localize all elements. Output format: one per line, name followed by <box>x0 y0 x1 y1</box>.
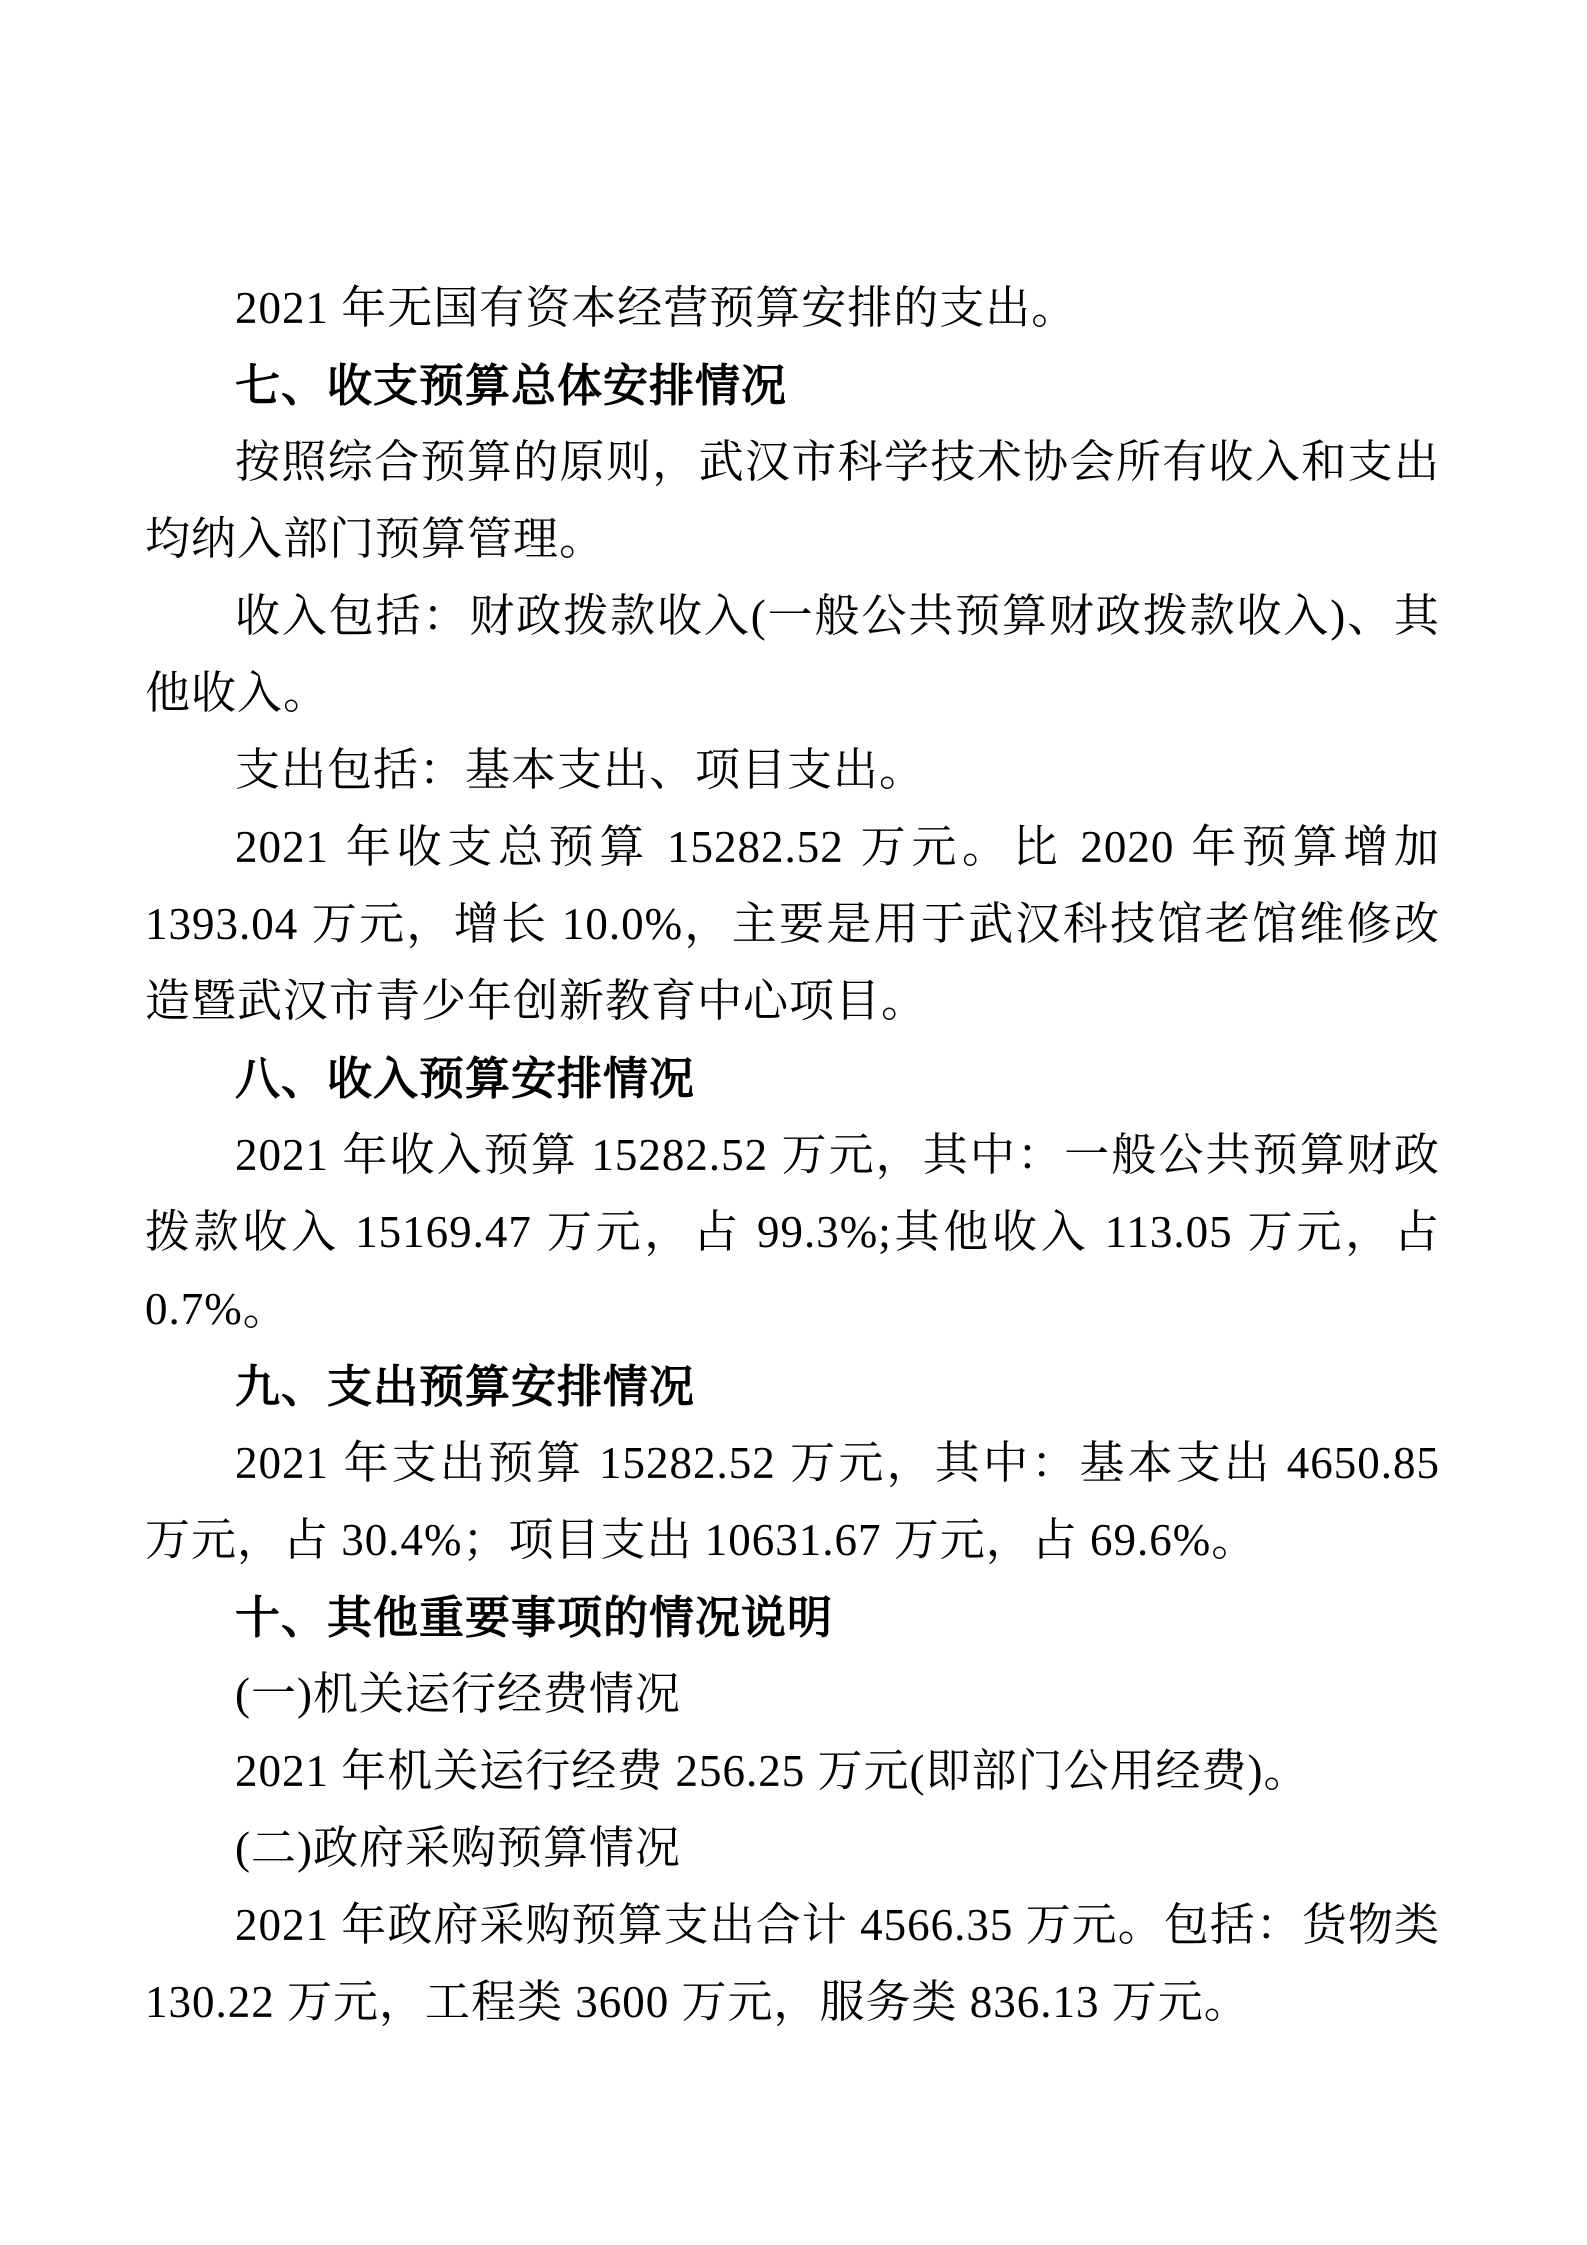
paragraph-budget-principle: 按照综合预算的原则，武汉市科学技术协会所有收入和支出均纳入部门预算管理。 <box>145 424 1440 578</box>
paragraph-no-state-capital-expenditure: 2021 年无国有资本经营预算安排的支出。 <box>145 270 1440 347</box>
paragraph-expenditure-budget-2021: 2021 年支出预算 15282.52 万元，其中：基本支出 4650.85 万… <box>145 1425 1440 1579</box>
paragraph-expenditure-includes: 支出包括：基本支出、项目支出。 <box>145 732 1440 809</box>
heading-section-9-expenditure-budget: 九、支出预算安排情况 <box>145 1348 1440 1425</box>
document-content: 2021 年无国有资本经营预算安排的支出。 七、收支预算总体安排情况 按照综合预… <box>0 0 1587 2041</box>
heading-section-7-overall-budget: 七、收支预算总体安排情况 <box>145 347 1440 424</box>
paragraph-income-includes: 收入包括：财政拨款收入(一般公共预算财政拨款收入)、其他收入。 <box>145 578 1440 732</box>
paragraph-total-budget-2021: 2021 年收支总预算 15282.52 万元。比 2020 年预算增加 139… <box>145 809 1440 1040</box>
paragraph-procurement-budget-2021: 2021 年政府采购预算支出合计 4566.35 万元。包括：货物类 130.2… <box>145 1887 1440 2041</box>
paragraph-operating-funds-2021: 2021 年机关运行经费 256.25 万元(即部门公用经费)。 <box>145 1733 1440 1810</box>
document-page: 2021 年无国有资本经营预算安排的支出。 七、收支预算总体安排情况 按照综合预… <box>0 0 1587 2245</box>
heading-section-8-income-budget: 八、收入预算安排情况 <box>145 1040 1440 1117</box>
subheading-item-1-operating-funds: (一)机关运行经费情况 <box>145 1656 1440 1733</box>
heading-section-10-other-matters: 十、其他重要事项的情况说明 <box>145 1579 1440 1656</box>
subheading-item-2-procurement: (二)政府采购预算情况 <box>145 1810 1440 1887</box>
paragraph-income-budget-2021: 2021 年收入预算 15282.52 万元，其中：一般公共预算财政拨款收入 1… <box>145 1117 1440 1348</box>
